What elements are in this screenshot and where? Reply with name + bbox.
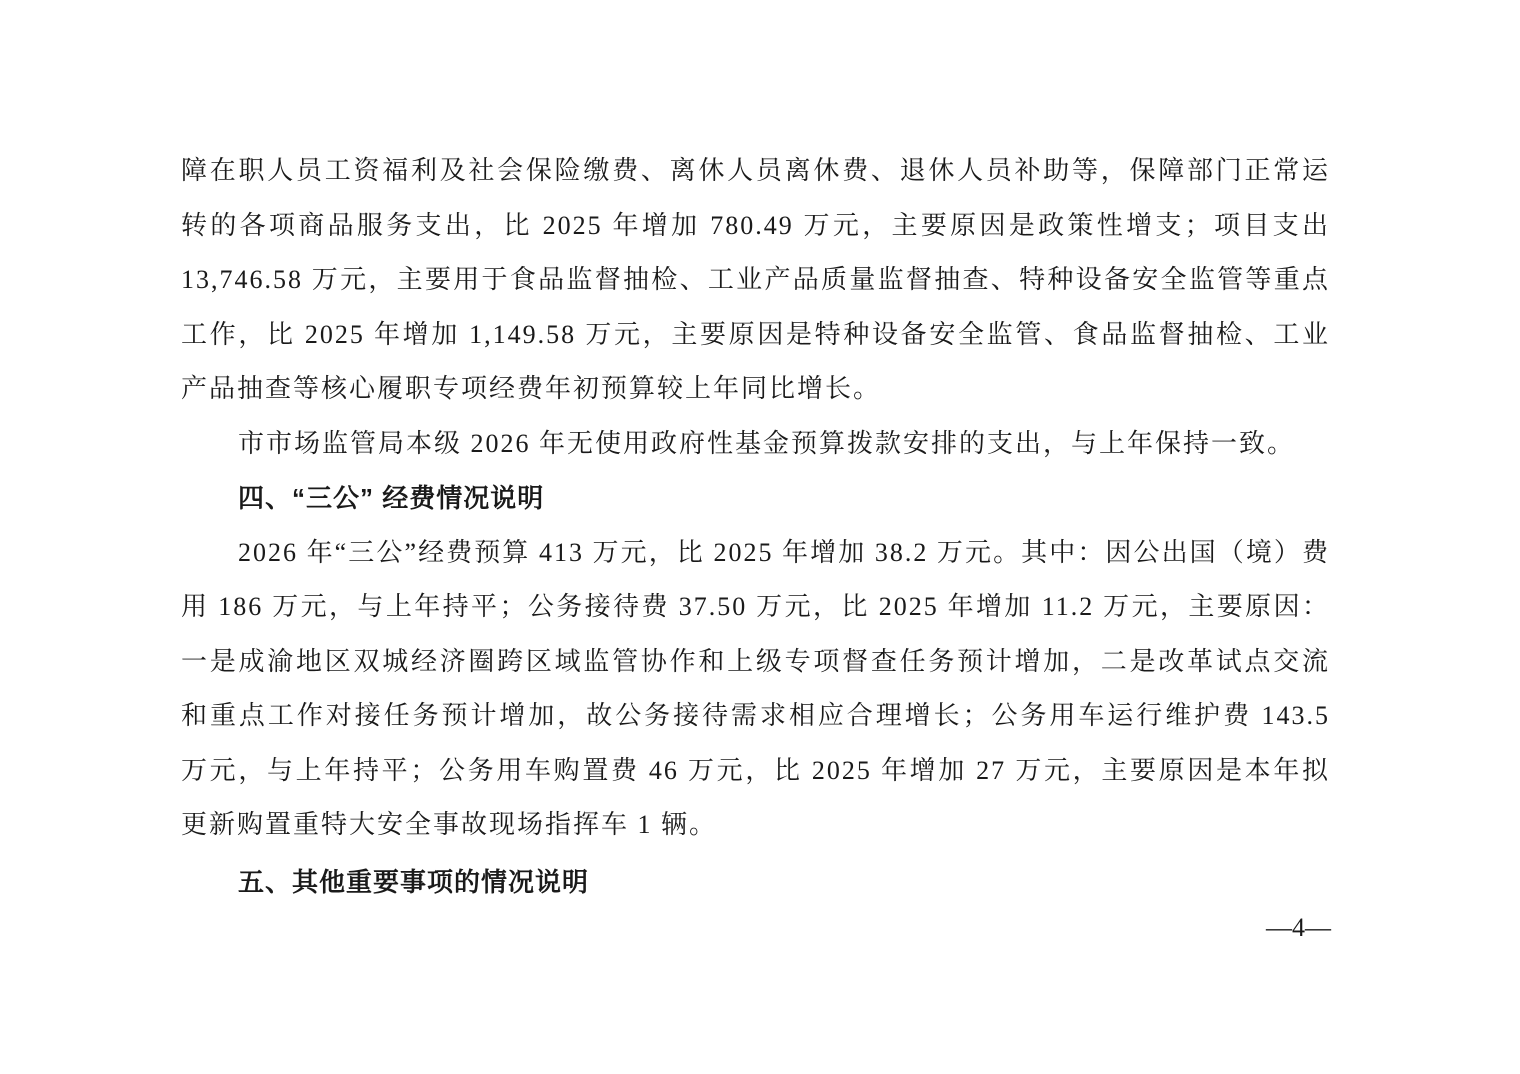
paragraph-line: 一是成渝地区双城经济圈跨区域监管协作和上级专项督查任务预计增加，二是改革试点交流 [181, 635, 1330, 690]
paragraph-line: 产品抽查等核心履职专项经费年初预算较上年同比增长。 [181, 362, 1330, 417]
document-page: 障在职人员工资福利及社会保险缴费、离休人员离休费、退休人员补助等，保障部门正常运… [181, 144, 1330, 909]
paragraph-line: 工作，比 2025 年增加 1,149.58 万元，主要原因是特种设备安全监管、… [181, 308, 1330, 363]
paragraph-line: 13,746.58 万元，主要用于食品监督抽检、工业产品质量监督抽查、特种设备安… [181, 253, 1330, 308]
section-heading-sanggong: 四、“三公” 经费情况说明 [181, 471, 1330, 526]
paragraph-line: 转的各项商品服务支出，比 2025 年增加 780.49 万元，主要原因是政策性… [181, 199, 1330, 254]
section-heading-other-matters: 五、其他重要事项的情况说明 [181, 855, 1330, 910]
page-number: —4— [1255, 910, 1331, 946]
paragraph-line: 障在职人员工资福利及社会保险缴费、离休人员离休费、退休人员补助等，保障部门正常运 [181, 144, 1330, 199]
paragraph-line: 用 186 万元，与上年持平；公务接待费 37.50 万元，比 2025 年增加… [181, 580, 1330, 635]
paragraph-line: 万元，与上年持平；公务用车购置费 46 万元，比 2025 年增加 27 万元，… [181, 744, 1330, 799]
paragraph-line: 和重点工作对接任务预计增加，故公务接待需求相应合理增长；公务用车运行维护费 14… [181, 689, 1330, 744]
paragraph-line: 市市场监管局本级 2026 年无使用政府性基金预算拨款安排的支出，与上年保持一致… [181, 417, 1330, 472]
paragraph-line: 2026 年“三公”经费预算 413 万元，比 2025 年增加 38.2 万元… [181, 526, 1330, 581]
paragraph-line: 更新购置重特大安全事故现场指挥车 1 辆。 [181, 798, 1330, 853]
